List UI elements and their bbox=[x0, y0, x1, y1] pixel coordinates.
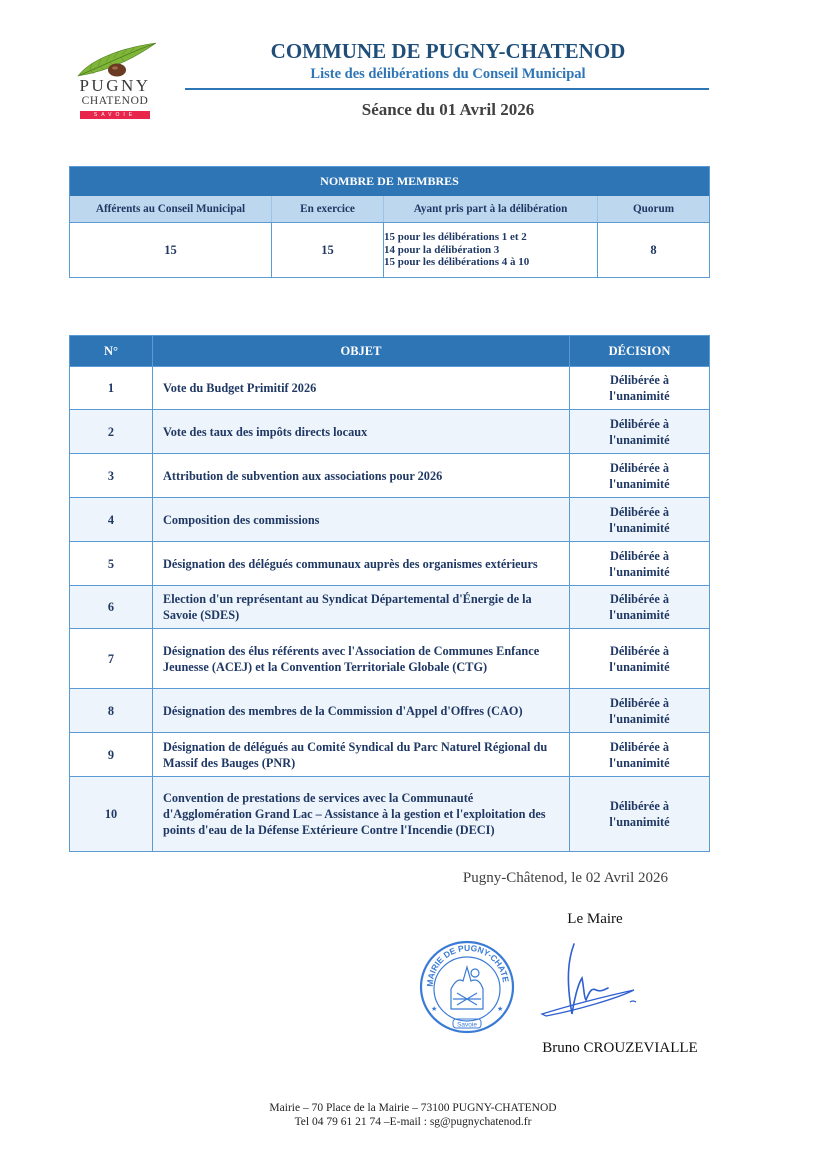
participation-line: 14 pour la délibération 3 bbox=[384, 244, 597, 257]
col-header-en-exercice: En exercice bbox=[272, 196, 384, 223]
decision-text: Délibérée à l'unanimité bbox=[595, 695, 685, 727]
deliberation-objet: Composition des commissions bbox=[153, 498, 570, 542]
col-header-decision: DÉCISION bbox=[570, 336, 710, 367]
chestnut-leaf-icon bbox=[70, 40, 160, 80]
deliberation-decision: Délibérée à l'unanimité bbox=[570, 454, 710, 498]
svg-text:★: ★ bbox=[497, 1005, 503, 1013]
col-header-ayant-pris-part: Ayant pris part à la délibération bbox=[384, 196, 598, 223]
deliberation-number: 8 bbox=[70, 689, 153, 733]
deliberation-objet: Désignation des membres de la Commission… bbox=[153, 689, 570, 733]
participation-line: 15 pour les délibérations 1 et 2 bbox=[384, 231, 597, 244]
deliberation-objet: Attribution de subvention aux associatio… bbox=[153, 454, 570, 498]
col-header-afferents: Afférents au Conseil Municipal bbox=[70, 196, 272, 223]
deliberation-decision: Délibérée à l'unanimité bbox=[570, 367, 710, 410]
decision-text: Délibérée à l'unanimité bbox=[595, 591, 685, 623]
logo-text-savoie: SAVOIE bbox=[80, 111, 150, 119]
deliberation-decision: Délibérée à l'unanimité bbox=[570, 733, 710, 777]
deliberation-number: 6 bbox=[70, 586, 153, 629]
participation-line: 15 pour les délibérations 4 à 10 bbox=[384, 256, 597, 269]
decision-text: Délibérée à l'unanimité bbox=[595, 798, 685, 830]
col-header-quorum: Quorum bbox=[598, 196, 710, 223]
signature-date: Pugny-Châtenod, le 02 Avril 2026 bbox=[400, 870, 668, 887]
header-divider bbox=[185, 88, 709, 90]
page-title: COMMUNE DE PUGNY-CHATENOD bbox=[185, 39, 711, 64]
deliberation-objet: Désignation des délégués communaux auprè… bbox=[153, 542, 570, 586]
col-header-number: N° bbox=[70, 336, 153, 367]
deliberation-decision: Délibérée à l'unanimité bbox=[570, 410, 710, 454]
value-en-exercice: 15 bbox=[272, 223, 384, 278]
deliberation-decision: Délibérée à l'unanimité bbox=[570, 542, 710, 586]
deliberation-objet: Vote des taux des impôts directs locaux bbox=[153, 410, 570, 454]
table-row: 6Election d'un représentant au Syndicat … bbox=[70, 586, 710, 629]
footer-address: Mairie – 70 Place de la Mairie – 73100 P… bbox=[180, 1101, 646, 1115]
deliberation-number: 5 bbox=[70, 542, 153, 586]
deliberation-decision: Délibérée à l'unanimité bbox=[570, 498, 710, 542]
logo-text-chatenod: CHATENOD bbox=[70, 95, 160, 107]
decision-text: Délibérée à l'unanimité bbox=[595, 739, 685, 771]
decision-text: Délibérée à l'unanimité bbox=[595, 416, 685, 448]
page-footer: Mairie – 70 Place de la Mairie – 73100 P… bbox=[180, 1101, 646, 1129]
session-date: Séance du 01 Avril 2026 bbox=[185, 100, 711, 120]
deliberation-objet: Convention de prestations de services av… bbox=[153, 777, 570, 852]
members-table-title: NOMBRE DE MEMBRES bbox=[70, 167, 710, 197]
col-header-objet: OBJET bbox=[153, 336, 570, 367]
deliberation-number: 9 bbox=[70, 733, 153, 777]
decision-text: Délibérée à l'unanimité bbox=[595, 548, 685, 580]
table-row: 4Composition des commissionsDélibérée à … bbox=[70, 498, 710, 542]
deliberation-number: 1 bbox=[70, 367, 153, 410]
table-row: 5Désignation des délégués communaux aupr… bbox=[70, 542, 710, 586]
deliberation-decision: Délibérée à l'unanimité bbox=[570, 689, 710, 733]
deliberation-decision: Délibérée à l'unanimité bbox=[570, 629, 710, 689]
deliberation-objet: Election d'un représentant au Syndicat D… bbox=[153, 586, 570, 629]
commune-logo: PUGNY CHATENOD SAVOIE bbox=[70, 40, 160, 122]
deliberation-objet: Vote du Budget Primitif 2026 bbox=[153, 367, 570, 410]
signatory-role: Le Maire bbox=[540, 911, 650, 928]
stamp-savoie: Savoie bbox=[457, 1022, 477, 1029]
deliberation-number: 10 bbox=[70, 777, 153, 852]
decision-text: Délibérée à l'unanimité bbox=[595, 460, 685, 492]
deliberation-number: 3 bbox=[70, 454, 153, 498]
handwritten-signature-icon bbox=[538, 940, 648, 1020]
deliberation-objet: Désignation des élus référents avec l'As… bbox=[153, 629, 570, 689]
table-row: 10Convention de prestations de services … bbox=[70, 777, 710, 852]
decision-text: Délibérée à l'unanimité bbox=[595, 504, 685, 536]
deliberations-table: N° OBJET DÉCISION 1Vote du Budget Primit… bbox=[69, 335, 710, 852]
svg-text:★: ★ bbox=[431, 1005, 437, 1013]
deliberation-decision: Délibérée à l'unanimité bbox=[570, 777, 710, 852]
value-afferents: 15 bbox=[70, 223, 272, 278]
signatory-name: Bruno CROUZEVIALLE bbox=[520, 1040, 720, 1057]
deliberation-number: 7 bbox=[70, 629, 153, 689]
table-row: 8Désignation des membres de la Commissio… bbox=[70, 689, 710, 733]
footer-contact: Tel 04 79 61 21 74 –E-mail : sg@pugnycha… bbox=[180, 1115, 646, 1129]
deliberation-number: 2 bbox=[70, 410, 153, 454]
decision-text: Délibérée à l'unanimité bbox=[595, 643, 685, 675]
table-row: 1Vote du Budget Primitif 2026Délibérée à… bbox=[70, 367, 710, 410]
page-subtitle: Liste des délibérations du Conseil Munic… bbox=[185, 66, 711, 83]
deliberation-number: 4 bbox=[70, 498, 153, 542]
deliberation-objet: Désignation de délégués au Comité Syndic… bbox=[153, 733, 570, 777]
table-row: 2Vote des taux des impôts directs locaux… bbox=[70, 410, 710, 454]
decision-text: Délibérée à l'unanimité bbox=[595, 372, 685, 404]
table-row: 3Attribution de subvention aux associati… bbox=[70, 454, 710, 498]
deliberation-decision: Délibérée à l'unanimité bbox=[570, 586, 710, 629]
value-quorum: 8 bbox=[598, 223, 710, 278]
members-table: NOMBRE DE MEMBRES Afférents au Conseil M… bbox=[69, 166, 710, 278]
value-ayant-pris-part: 15 pour les délibérations 1 et 2 14 pour… bbox=[384, 223, 598, 278]
table-row: 7Désignation des élus référents avec l'A… bbox=[70, 629, 710, 689]
logo-text-pugny: PUGNY bbox=[70, 76, 160, 96]
official-stamp-icon: MAIRIE DE PUGNY-CHATENOD Savoie ★ ★ bbox=[417, 937, 517, 1037]
table-row: 9Désignation de délégués au Comité Syndi… bbox=[70, 733, 710, 777]
